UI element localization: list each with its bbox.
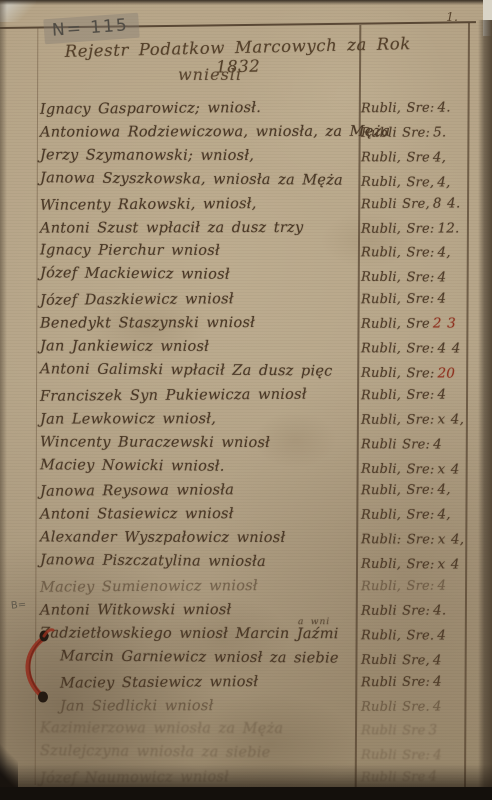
amount-value: 20: [437, 365, 455, 381]
payer-name: Antoni Szust wpłacił za dusz trzy: [40, 219, 303, 236]
payer-name: Wincenty Buraczewski wniosł: [40, 434, 270, 451]
payer-name: Antoni Stasiewicz wniosł: [40, 506, 234, 523]
ledger-rows: Ignacy Gasparowicz; wniosł. Rubli, Sre:4…: [0, 0, 492, 800]
amount-currency-label: Rubli Sre: [361, 724, 426, 739]
amount: Rubli, Sre:4,: [361, 482, 451, 499]
payer-name: Józef Mackiewicz wniosł: [40, 266, 230, 283]
amount-currency-label: Rubli Sre:: [361, 125, 430, 140]
payer-name: Alexander Wyszpałowicz wniosł: [40, 530, 285, 547]
amount: Rubli, Sre:x 4: [361, 556, 460, 573]
amount-currency-label: Rubli, Sre:: [361, 366, 435, 382]
ledger-row: Alexander Wyszpałowicz wniosł Rubli: Sre…: [40, 530, 484, 554]
payer-name: Marcin Garniewicz wniosł za siebie: [40, 648, 339, 666]
amount-currency-label: Rubli Sre:: [361, 603, 430, 618]
amount-currency-label: Rubli, Sre:: [361, 483, 435, 499]
amount-value: 4: [437, 270, 446, 286]
amount: Rubli Sre,8 4.: [361, 195, 461, 212]
amount-value: 4,: [437, 174, 450, 190]
payer-name: Janowa Szyszkowska, wniosła za Męża: [40, 170, 343, 188]
amount-value: x 4,: [438, 532, 465, 548]
ledger-row: Wincenty Buraczewski wniosł Rubli Sre:4: [40, 434, 484, 458]
ledger-row: Marcin Garniewicz wniosł za siebie Rubli…: [40, 648, 484, 674]
superscript-note: a wni: [298, 617, 330, 627]
payer-name: Maciey Sumienowicz wniosł: [40, 578, 258, 596]
amount-currency-label: Rubli Sre:: [361, 748, 430, 764]
amount: Rubli Sre:4: [361, 747, 442, 764]
amount-value: 4: [437, 578, 446, 594]
amount-value: 4: [437, 291, 446, 307]
amount: Rubli, Sre:4: [361, 386, 446, 403]
payer-name: Szulejczyna wniosła za siebie: [40, 744, 271, 762]
amount-currency-label: Rubli, Sre:: [361, 508, 435, 523]
amount: Rubli, Sre:x 4,: [361, 411, 464, 427]
amount-currency-label: Rubli Sre: [361, 770, 426, 786]
amount-value: 4,: [437, 482, 450, 498]
amount: Rubli, Sre:4,: [361, 507, 451, 523]
ledger-row: Jan Jankiewicz wniosł Rubli, Sre:4 4: [40, 338, 484, 362]
amount-value: x 4,: [437, 411, 464, 427]
ledger-row: Józef Naumowicz wniosł Rubli Sre4: [40, 767, 484, 793]
amount-currency-label: Rubli Sre:: [361, 674, 430, 690]
scanned-page: N= 115 1. Rejestr Podatkow Marcowych za …: [0, 0, 492, 800]
amount-value: 3: [429, 723, 438, 739]
amount: Rubli, Sre:4: [361, 269, 446, 286]
ledger-row: Zadzietłowskiego wniosł Marcin Jaźmi Rub…: [40, 625, 484, 649]
amount-currency-label: Rubli, Sre,: [361, 174, 434, 190]
amount-currency-label: Rubli, Sre: [361, 317, 430, 332]
amount-value: 4: [437, 627, 446, 643]
payer-name: Jan Jankiewicz wniosł: [40, 338, 209, 354]
amount-value: x 4: [437, 556, 459, 572]
payer-name: Franciszek Syn Pukiewicza wniosł: [40, 386, 307, 404]
amount-value: 4: [437, 386, 446, 402]
amount-value: 8 4.: [433, 195, 461, 211]
amount-value: 5.: [433, 124, 446, 140]
ledger-row: Szulejczyna wniosła za siebie Rubli Sre:…: [40, 744, 484, 770]
ledger-row: Ignacy Pierchur wniosł Rubli, Sre:4,: [40, 243, 484, 267]
amount-currency-label: Rubli Sre,: [361, 652, 430, 668]
amount-value: 4,: [437, 507, 450, 523]
amount-currency-label: Rubli, Sre:: [361, 270, 435, 286]
amount-value: 4,: [437, 245, 450, 261]
amount-currency-label: Rubli, Sre:: [361, 246, 435, 261]
paper: N= 115 1. Rejestr Podatkow Marcowych za …: [0, 0, 492, 800]
ledger-row: Józef Daszkiewicz wniosł Rubli, Sre:4: [40, 289, 484, 315]
amount-value: 12.: [437, 220, 459, 236]
payer-name: Wincenty Rakowski, wniosł,: [40, 196, 257, 214]
amount-currency-label: Rubli, Sre.: [361, 628, 434, 643]
amount: Rubli Sre4: [361, 769, 437, 786]
amount-currency-label: Rubli, Sre:: [361, 341, 435, 356]
amount: Rubli, Sre:4: [361, 291, 446, 308]
amount-value: 4: [433, 748, 442, 764]
amount: Rubli, Sre:4: [361, 578, 446, 595]
payer-name: Antoniowa Rodziewiczowa, wniosła, za Męż…: [40, 124, 390, 141]
payer-name: Antoni Galimski wpłacił Za dusz pięc: [40, 361, 333, 379]
ledger-row: Benedykt Staszynski wniosł Rubli, Sre2 3: [40, 315, 484, 339]
amount-value: 4: [433, 673, 442, 689]
payer-name: Antoni Witkowski wniosł: [40, 602, 232, 619]
amount-currency-label: Rubli, Sre:: [361, 461, 435, 477]
ledger-row: Antoni Szust wpłacił za dusz trzy Rubli,…: [40, 219, 484, 243]
ledger-row: Janowa Reysowa wniosła Rubli, Sre:4,: [40, 481, 484, 507]
payer-name: Jan Lewkowicz wniosł,: [40, 411, 216, 427]
amount-value: 4: [433, 652, 442, 668]
amount-currency-label: Rubli, Sre:: [361, 412, 435, 427]
amount: Rubli, Sre2 3: [361, 316, 456, 332]
ledger-row: Janowa Piszczatylina wniosła Rubli, Sre:…: [40, 552, 484, 578]
amount: Rubli Sre,4: [361, 651, 442, 668]
ledger-row: Janowa Szyszkowska, wniosła za Męża Rubl…: [40, 170, 484, 196]
amount: Rubli, Sre:x 4: [361, 460, 460, 477]
amount-currency-label: Rubli: Sre:: [361, 532, 435, 547]
payer-name: Jerzy Szymanowski; wniosł,: [40, 147, 254, 164]
ledger-row: Maciey Stasiewicz wniosł Rubli Sre:4: [40, 672, 484, 698]
amount-currency-label: Rubli, Sre:: [361, 101, 435, 117]
ledger-row: Franciszek Syn Pukiewicza wniosł Rubli, …: [40, 385, 484, 411]
payer-name: Maciey Nowicki wniosł.: [40, 457, 225, 474]
payer-name: Józef Naumowicz wniosł: [40, 769, 229, 786]
amount-value: 4 4: [437, 340, 460, 356]
payer-name: Józef Daszkiewicz wniosł: [40, 291, 234, 309]
amount-currency-label: Rubli, Sre:: [361, 387, 435, 403]
amount-value: 4.: [437, 100, 450, 116]
amount-value: x 4: [437, 461, 459, 477]
amount: Rubli, Sre:4,: [361, 245, 451, 261]
amount-value: 4,: [433, 149, 446, 165]
payer-name: Zadzietłowskiego wniosł Marcin Jaźmi: [40, 625, 339, 642]
amount-value: 2 3: [433, 316, 456, 332]
amount-currency-label: Rubli Sre,: [361, 196, 430, 212]
amount-currency-label: Rubli Sre:: [361, 437, 430, 452]
payer-name: Kazimierzowa wniosła za Męża: [40, 721, 283, 738]
amount: Rubli, Sre4,: [361, 149, 446, 165]
payer-name: Ignacy Pierchur wniosł: [40, 243, 220, 259]
amount: Rubli, Sre:20: [361, 365, 455, 382]
amount: Rubli, Sre:4.: [361, 100, 451, 117]
amount: Rubli, Sre.4: [361, 627, 446, 643]
ledger-row: Jan Siedlicki wniosł Rubli Sre.4: [40, 697, 484, 721]
ledger-row: Ignacy Gasparowicz; wniosł. Rubli, Sre:4…: [40, 98, 484, 124]
amount-currency-label: Rubli, Sre:: [361, 557, 435, 573]
binding-thread-icon: [20, 626, 64, 710]
payer-name: Maciey Stasiewicz wniosł: [40, 674, 258, 692]
amount: Rubli Sre.4: [361, 698, 442, 714]
amount-value: 4.: [433, 602, 446, 618]
ledger-row: Maciey Nowicki wniosł. Rubli, Sre:x 4: [40, 457, 484, 483]
ledger-row: Wincenty Rakowski, wniosł, Rubli Sre,8 4…: [40, 194, 484, 220]
amount: Rubli Sre3: [361, 723, 437, 739]
ledger-row: Antoni Stasiewicz wniosł Rubli, Sre:4,: [40, 506, 484, 530]
amount-value: 4: [433, 698, 442, 714]
ledger-row: Antoni Galimski wpłacił Za dusz pięc Rub…: [40, 361, 484, 387]
amount: Rubli Sre:4: [361, 436, 442, 452]
amount: Rubli, Sre,4,: [361, 173, 451, 190]
payer-name: Benedykt Staszynski wniosł: [40, 315, 255, 332]
payer-name: Janowa Piszczatylina wniosła: [40, 552, 266, 570]
amount-currency-label: Rubli, Sre: [361, 150, 430, 165]
ledger-row: Kazimierzowa wniosła za Męża Rubli Sre3: [40, 721, 484, 745]
amount: Rubli Sre:5.: [361, 124, 446, 140]
amount-currency-label: Rubli Sre.: [361, 699, 430, 714]
amount: Rubli, Sre:4 4: [361, 340, 461, 356]
amount: Rubli Sre:4.: [361, 602, 446, 618]
amount-currency-label: Rubli, Sre:: [361, 221, 435, 236]
payer-name: Jan Siedlicki wniosł: [40, 698, 214, 714]
amount: Rubli Sre:4: [361, 673, 442, 690]
amount-currency-label: Rubli, Sre:: [361, 292, 435, 308]
ledger-row: Jan Lewkowicz wniosł, Rubli, Sre:x 4,: [40, 410, 484, 434]
ledger-row: Józef Mackiewicz wniosł Rubli, Sre:4: [40, 266, 484, 292]
amount-value: 4: [428, 769, 437, 785]
ledger-row: Maciey Sumienowicz wniosł Rubli, Sre:4: [40, 576, 484, 602]
amount-value: 4: [433, 436, 442, 452]
amount: Rubli: Sre:x 4,: [361, 531, 464, 547]
ledger-row: Antoniowa Rodziewiczowa, wniosła, za Męż…: [40, 123, 484, 147]
ledger-row: Jerzy Szymanowski; wniosł, Rubli, Sre4,: [40, 147, 484, 171]
amount-currency-label: Rubli, Sre:: [361, 579, 435, 595]
amount: Rubli, Sre:12.: [361, 220, 460, 236]
ledger-row: Antoni Witkowski wniosł Rubli Sre:4.: [40, 601, 484, 625]
payer-name: Ignacy Gasparowicz; wniosł.: [40, 100, 261, 118]
payer-name: Janowa Reysowa wniosła: [40, 483, 234, 501]
